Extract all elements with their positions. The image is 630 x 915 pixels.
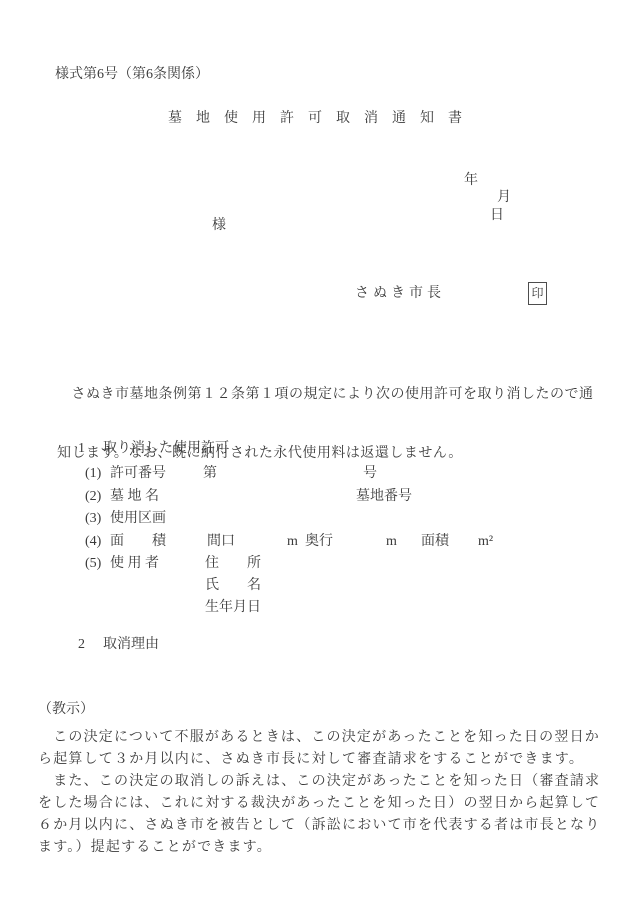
notice-line: この決定について不服があるときは、この決定があったことを知った日の翌日か [38,729,600,747]
row-use-section-index: (3) [85,510,101,528]
issuer-name: さぬき市長 [355,285,445,303]
addressee-honorific: 様 [212,217,226,235]
notice-heading: （教示） [38,701,94,719]
area-label: 面 積 [110,533,166,551]
notice-line: また、この決定の取消しの訴えは、この決定があったことを知った日（審査請求 [38,773,600,791]
section-1-heading: 取り消した使用許可 [103,440,229,458]
notice-line: ら起算して３か月以内に、さぬき市長に対して審査請求をすることができます。 [38,751,584,769]
row-area-index: (4) [85,533,101,551]
permit-number-prefix: 第 [203,465,217,483]
body-line: さぬき市墓地条例第１２条第１項の規定により次の使用許可を取り消したので通 [57,383,594,407]
frontage-unit: m [287,533,298,551]
year-label: 年 [464,173,478,188]
user-birthdate-label: 生年月日 [205,599,261,617]
section-1-number: 1 [78,440,85,458]
depth-unit: m [386,533,397,551]
row-user-index: (5) [85,555,101,573]
notice-line: をした場合には、これに対する裁決があったことを知った日）の翌日から起算して [38,795,600,813]
frontage-label: 間口 [207,533,235,551]
depth-label: 奥行 [305,533,333,551]
document-page: 様式第6号（第6条関係） 墓 地 使 用 許 可 取 消 通 知 書 年 月 日… [0,0,630,915]
use-section-label: 使用区画 [110,510,166,528]
notice-line: ます。）提起することができます。 [38,839,272,857]
notice-line: ６か月以内に、さぬき市を被告として（訴訟において市を代表する者は市長となり [38,817,600,835]
user-address-label: 住 所 [205,555,261,573]
permit-number-label: 許可番号 [110,465,166,483]
row-permit-number-index: (1) [85,465,101,483]
section-2-heading: 取消理由 [103,636,159,654]
row-cemetery-name-index: (2) [85,488,101,506]
cemetery-number-label: 墓地番号 [356,488,412,506]
permit-number-suffix: 号 [363,465,377,483]
cemetery-name-label: 墓 地 名 [110,488,159,506]
document-title: 墓 地 使 用 許 可 取 消 通 知 書 [0,110,630,128]
user-name-label: 氏 名 [205,577,261,595]
seal-stamp: 印 [528,282,547,305]
form-number: 様式第6号（第6条関係） [55,66,209,84]
month-label: 月 [497,190,511,205]
area-unit: m² [478,533,493,551]
day-label: 日 [490,208,504,223]
user-label: 使 用 者 [110,555,159,573]
section-2-number: 2 [78,636,85,654]
date-line: 年 月 日 [450,154,511,242]
area-sublabel: 面積 [421,533,449,551]
